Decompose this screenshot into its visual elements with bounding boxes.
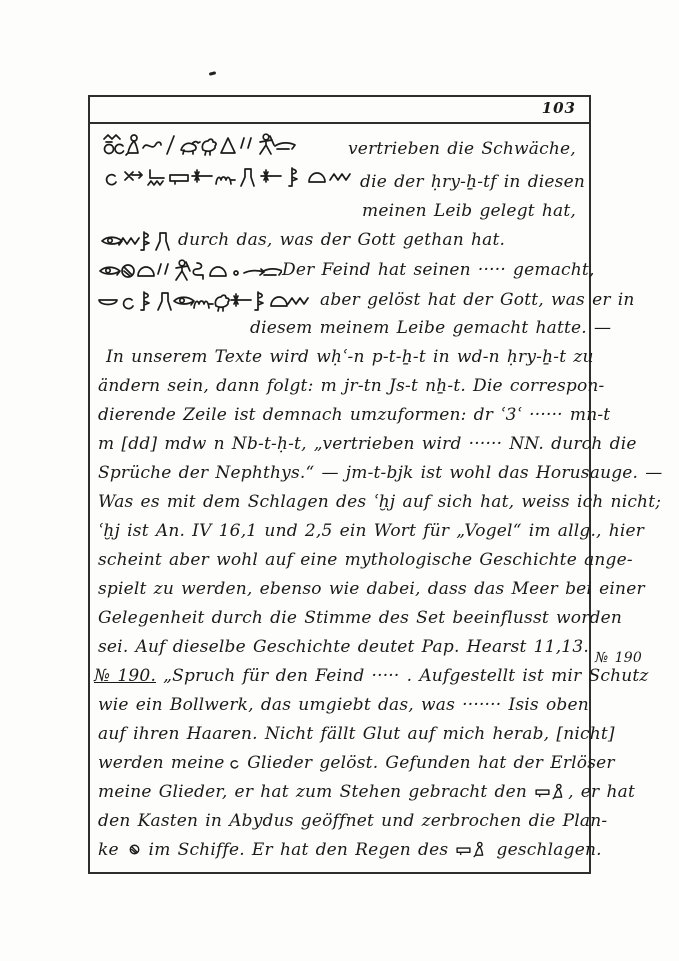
text-segment: geschlagen. [489,840,601,860]
inline-hieroglyph-icon [455,841,489,858]
translation-line-4: durch das, was der Gott gethan hat. [178,230,505,250]
page-border: 103 vertrieben die Schwäche, die der ḥry… [88,95,591,874]
text-segment: im Schiffe. Er hat den Regen des [141,840,455,860]
commentary-line: werden meine Glieder gelöst. Gefunden ha… [98,753,615,773]
translation-line-6: aber gelöst hat der Gott, was er in [320,290,635,310]
translation-line-3: meinen Leib gelegt hat, [362,201,576,221]
inline-hieroglyph-icon [534,783,568,800]
commentary-line: sei. Auf dieselbe Geschichte deutet Pap.… [98,637,589,657]
translation-line-7: diesem meinem Leibe gemacht hatte. — [250,318,611,338]
commentary-line: m [dd] mdw n Nb-t-ḥ-t, „vertrieben wird … [98,434,637,454]
text-segment: Glieder gelöst. Gefunden hat der Erlöser [240,753,615,773]
translation-line-5: Der Feind hat seinen ····· gemacht, [282,260,595,280]
spell-number: № 190. [94,666,156,686]
page-number: 103 [542,99,576,117]
hieroglyph-row-3 [100,226,172,256]
inline-hieroglyph-icon [225,754,241,771]
hieroglyph-row-1 [102,129,296,161]
commentary-line: ʿḫj ist An. IV 16,1 und 2,5 ein Wort für… [98,521,644,541]
commentary-line: scheint aber wohl auf eine mythologische… [98,550,633,570]
commentary-line: den Kasten in Abydus geöffnet und zerbro… [98,811,607,831]
page-header: 103 [90,97,589,124]
ink-mark [209,71,217,76]
text-segment: werden meine [98,753,225,773]
commentary-line: meine Glieder, er hat zum Stehen gebrach… [98,782,635,802]
commentary-line: spielt zu werden, ebenso wie dabei, dass… [98,579,645,599]
commentary-line: ändern sein, dann folgt: m jr-tn Js-t nẖ… [98,376,605,396]
commentary-line: Gelegenheit durch die Stimme des Set bee… [98,608,622,628]
commentary-line: ke im Schiffe. Er hat den Regen des gesc… [98,840,602,860]
text-segment: ke [98,840,126,860]
commentary-line: Was es mit dem Schlagen des ʿḫj auf sich… [98,492,661,512]
hieroglyph-row-4 [98,256,282,286]
commentary-line: wie ein Bollwerk, das umgiebt das, was ·… [98,695,589,715]
hieroglyph-row-5 [96,286,309,316]
text-segment: , er hat [568,782,635,802]
margin-note: № 190 [595,650,642,666]
hieroglyph-row-2 [98,161,355,193]
translation-line-1: vertrieben die Schwäche, [348,139,576,159]
commentary-line: In unserem Texte wird wḥʿ-n p-t-ẖ-t in w… [106,347,594,367]
commentary-line: auf ihren Haaren. Nicht fällt Glut auf m… [98,724,615,744]
translation-line-2: die der ḥry-ẖ-tf in diesen [360,172,585,192]
commentary-line-spell-number: № 190. „Spruch für den Feind ····· . Auf… [94,666,649,686]
manuscript-page: 103 vertrieben die Schwäche, die der ḥry… [0,0,679,961]
commentary-line: dierende Zeile ist demnach umzuformen: d… [98,405,610,425]
spell-title: „Spruch für den Feind ····· . Aufgestell… [156,666,649,686]
commentary-line: Sprüche der Nephthys.“ — jm-t-bjk ist wo… [98,463,662,483]
text-segment: meine Glieder, er hat zum Stehen gebrach… [98,782,534,802]
inline-hieroglyph-icon [126,841,142,858]
